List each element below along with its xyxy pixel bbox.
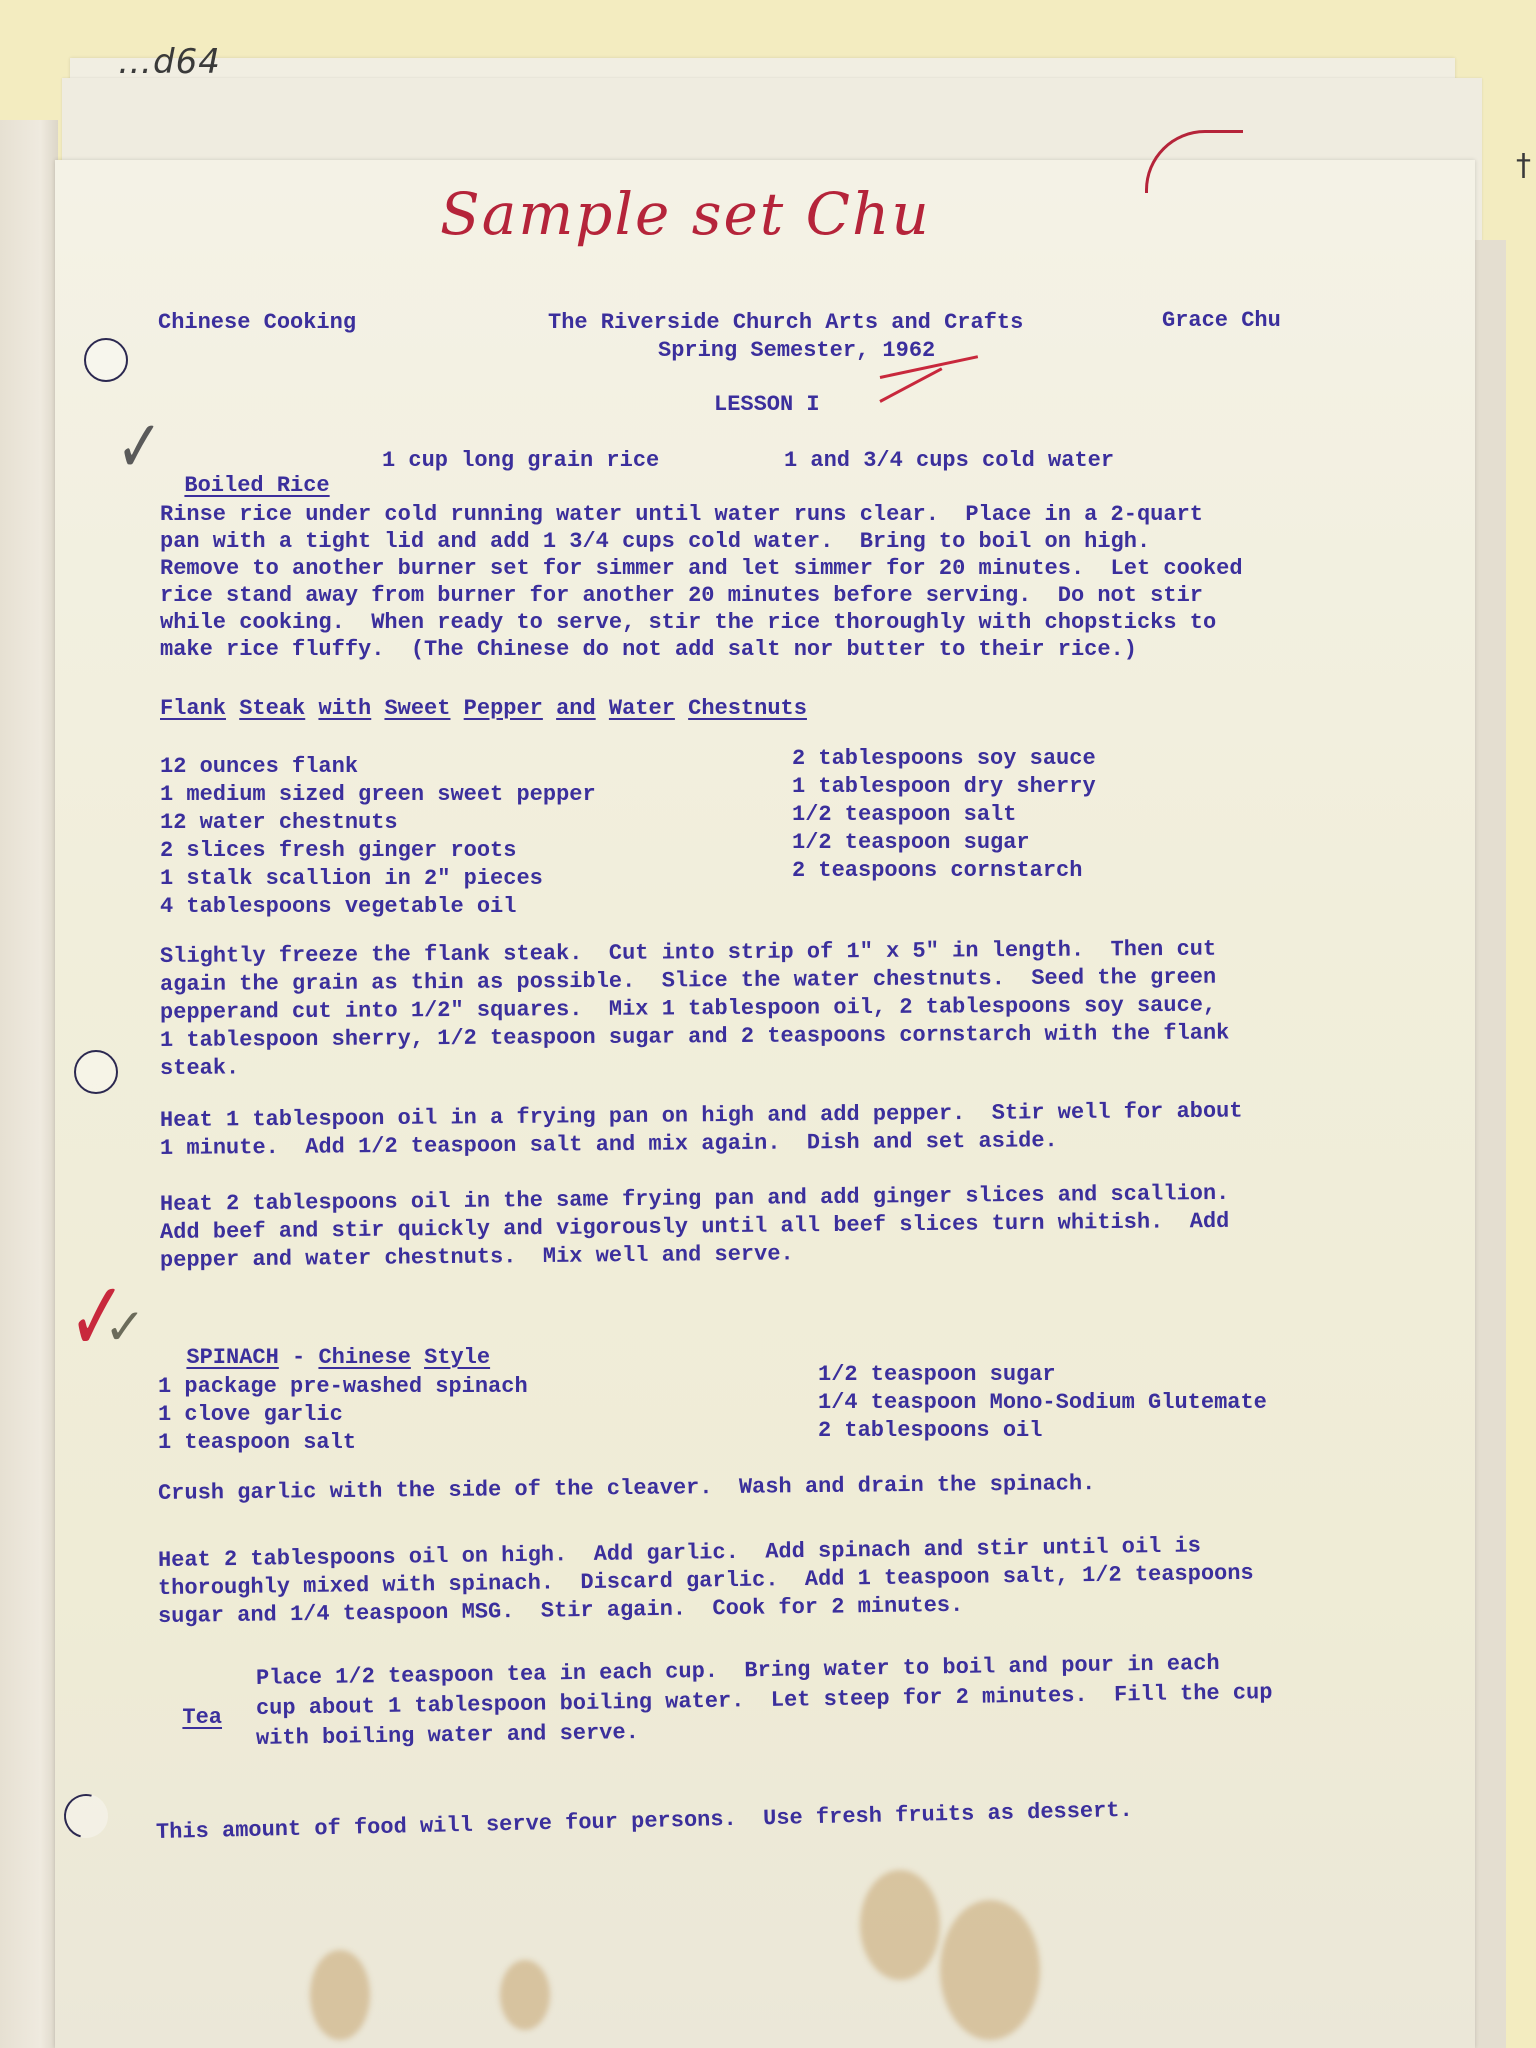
stain [860, 1870, 940, 1980]
recipe-title-word: SPINACH [186, 1345, 278, 1370]
recipe-title-word: Flank [160, 696, 226, 721]
stain [940, 1900, 1040, 2040]
ingredient: 1/2 teaspoon salt [792, 802, 1016, 827]
ingredient: 1 and 3/4 cups cold water [784, 448, 1114, 473]
ingredient: 1 tablespoon dry sherry [792, 774, 1096, 799]
recipe-title-word: and [556, 696, 596, 721]
punch-hole-icon [74, 1050, 118, 1094]
ingredient: 12 water chestnuts [160, 810, 398, 835]
text-line: pan with a tight lid and add 1 3/4 cups … [160, 529, 1150, 554]
handwritten-title: Sample set Chu [440, 180, 931, 248]
ingredient: 2 tablespoons oil [818, 1418, 1042, 1443]
text-line: rice stand away from burner for another … [160, 583, 1203, 608]
stain [310, 1950, 370, 2040]
ingredient: 1 stalk scallion in 2" pieces [160, 866, 543, 891]
text-line: while cooking. When ready to serve, stir… [160, 610, 1216, 635]
stain [500, 1960, 550, 2030]
folder-edge [0, 120, 58, 2048]
punch-hole-icon [84, 338, 128, 382]
recipe-title: Boiled Rice [184, 473, 329, 498]
ingredient: 4 tablespoons vegetable oil [160, 894, 516, 919]
ingredient: 1 medium sized green sweet pepper [160, 782, 596, 807]
course-title: Chinese Cooking [158, 310, 356, 335]
recipe-title-spinach: SPINACH - Chinese Style [160, 1320, 490, 1370]
recipe-title-word: Pepper [464, 696, 543, 721]
ingredient: 1/4 teaspoon Mono-Sodium Glutemate [818, 1390, 1267, 1415]
ingredient: 2 slices fresh ginger roots [160, 838, 516, 863]
recipe-title-word: Steak [239, 696, 305, 721]
recipe-title-flank-steak: Flank Steak with Sweet Pepper and Water … [160, 696, 807, 721]
corner-handwritten-note: …d64 [118, 42, 221, 82]
text-line: Remove to another burner set for simmer … [160, 556, 1243, 581]
title-separator: - [279, 1345, 319, 1370]
semester: Spring Semester, 1962 [658, 338, 935, 363]
ingredient: 1 clove garlic [158, 1402, 343, 1427]
organization: The Riverside Church Arts and Crafts [548, 310, 1023, 335]
ingredient: 2 tablespoons soy sauce [792, 746, 1096, 771]
ingredient: 1/2 teaspoon sugar [818, 1362, 1056, 1387]
recipe-title: Tea [182, 1705, 222, 1730]
recipe-title-word: Sweet [384, 696, 450, 721]
ingredient: 1 package pre-washed spinach [158, 1374, 528, 1399]
recipe-title-tea: Tea [156, 1680, 222, 1730]
checkmark-icon: ✓ [116, 412, 163, 485]
ingredient: 1/2 teaspoon sugar [792, 830, 1030, 855]
instructor: Grace Chu [1162, 308, 1281, 333]
ingredient: 1 teaspoon salt [158, 1430, 356, 1455]
recipe-title-word: Water [609, 696, 675, 721]
ingredient: 12 ounces flank [160, 754, 358, 779]
recipe-title-word: Chestnuts [688, 696, 807, 721]
text-line: make rice fluffy. (The Chinese do not ad… [160, 637, 1137, 662]
ingredient: 1 cup long grain rice [382, 448, 659, 473]
text-line: Rinse rice under cold running water unti… [160, 502, 1203, 527]
lesson-heading: LESSON I [714, 392, 820, 417]
ingredient: 2 teaspoons cornstarch [792, 858, 1082, 883]
recipe-title-word: Style [424, 1345, 490, 1370]
recipe-title-word: Chinese [318, 1345, 410, 1370]
checkmark-icon: ✓ [104, 1302, 146, 1352]
text-line: steak. [160, 1055, 239, 1081]
right-edge-mark: † [1516, 148, 1531, 183]
recipe-title-word: with [318, 696, 371, 721]
recipe-title-boiled-rice: Boiled Rice [158, 448, 330, 498]
